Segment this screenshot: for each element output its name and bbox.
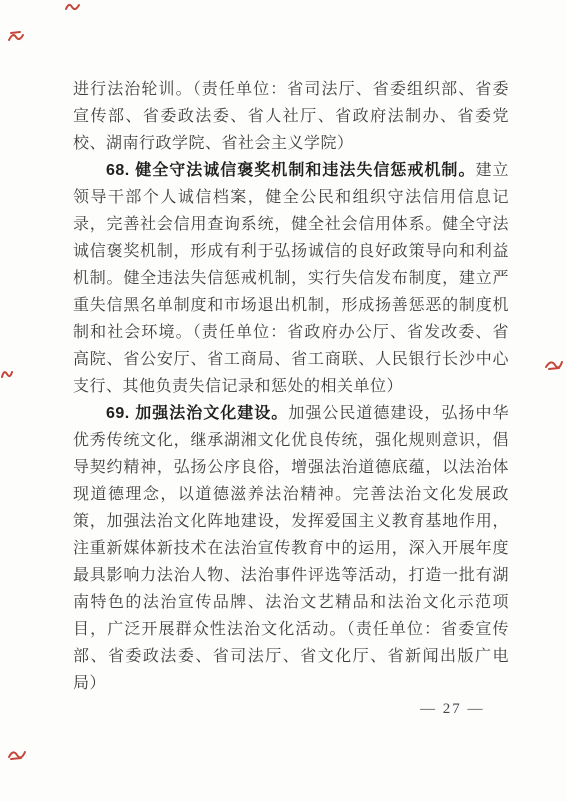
text-line: 进行法治轮训。（责任单位：省司法厅、省委组织部、省委 [73, 76, 509, 103]
text-line: 录，完善社会信用查询系统，健全社会信用体系。健全守法 [73, 211, 509, 238]
text-line: 注重新媒体新技术在法治宣传教育中的运用，深入开展年度 [73, 535, 509, 562]
text-line: 机制。健全违法失信惩戒机制，实行失信发布制度，建立严 [73, 265, 509, 292]
text-line: 最具影响力法治人物、法治事件评选等活动，打造一批有湖 [73, 562, 509, 589]
text-line: 高院、省公安厅、省工商局、省工商联、人民银行长沙中心 [73, 346, 509, 373]
text-line: 校、湖南行政学院、省社会主义学院） [73, 130, 509, 157]
text-line: 目，广泛开展群众性法治文化活动。（责任单位：省委宣传 [73, 616, 509, 643]
red-scribble-icon [544, 357, 564, 371]
red-scribble-icon [7, 29, 25, 43]
document-page: 进行法治轮训。（责任单位：省司法厅、省委组织部、省委 宣传部、省委政法委、省人社… [0, 0, 567, 802]
red-scribble-icon [64, 0, 81, 12]
page-number: — 27 — [420, 701, 485, 718]
text-line: 策，加强法治文化阵地建设，发挥爱国主义教育基地作用， [73, 508, 509, 535]
item-68-line1-rest: 建立 [475, 162, 509, 179]
text-line: 局） [73, 670, 509, 697]
text-line: 优秀传统文化，继承湖湘文化优良传统，强化规则意识，倡 [73, 427, 509, 454]
text-line: 诚信褒奖机制，形成有利于弘扬诚信的良好政策导向和利益 [73, 238, 509, 265]
text-line: 南特色的法治宣传品牌、法治文艺精品和法治文化示范项 [73, 589, 509, 616]
red-scribble-icon [0, 366, 13, 380]
item-69-line1-rest: 加强公民道德建设，弘扬中华 [288, 405, 509, 422]
text-line: 部、省委政法委、省司法厅、省文化厅、省新闻出版广电 [73, 643, 509, 670]
text-line: 制和社会环境。（责任单位：省政府办公厅、省发改委、省 [73, 319, 509, 346]
text-line: 支行、其他负责失信记录和惩处的相关单位） [73, 373, 509, 400]
text-line: 领导干部个人诚信档案，健全公民和组织守法信用信息记 [73, 184, 509, 211]
body-text: 进行法治轮训。（责任单位：省司法厅、省委组织部、省委 宣传部、省委政法委、省人社… [73, 76, 509, 697]
item-69-title: 69. 加强法治文化建设。 [106, 405, 288, 422]
text-line: 导契约精神，弘扬公序良俗，增强法治道德底蕴，以法治体 [73, 454, 509, 481]
text-line: 现道德理念，以道德滋养法治精神。完善法治文化发展政 [73, 481, 509, 508]
item-68-first-line: 68. 健全守法诚信褒奖机制和违法失信惩戒机制。建立 [73, 157, 509, 184]
item-69-first-line: 69. 加强法治文化建设。加强公民道德建设，弘扬中华 [73, 400, 509, 427]
text-line: 宣传部、省委政法委、省人社厅、省政府法制办、省委党 [73, 103, 509, 130]
text-line: 重失信黑名单制度和市场退出机制，形成扬善惩恶的制度机 [73, 292, 509, 319]
red-scribble-icon [7, 746, 27, 761]
item-68-title: 68. 健全守法诚信褒奖机制和违法失信惩戒机制。 [106, 162, 475, 179]
